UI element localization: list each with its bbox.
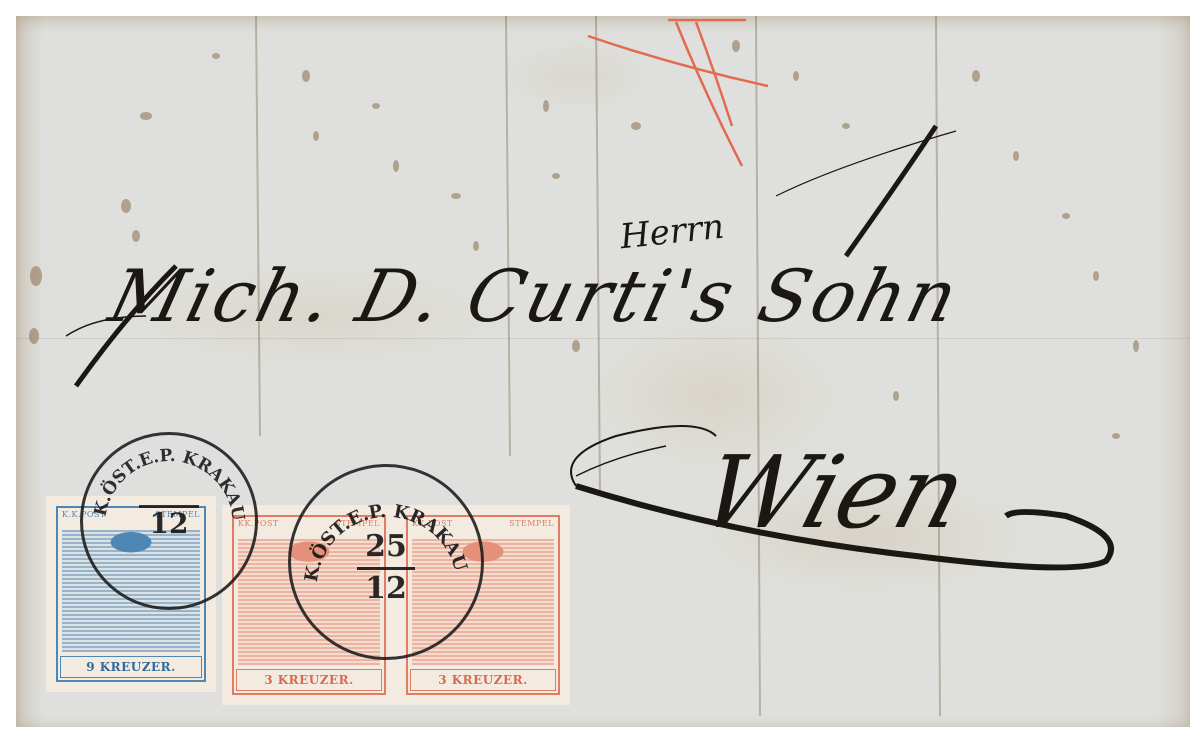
stamp-top-label-right: STEMPEL bbox=[509, 519, 554, 528]
postmark-month: 12 bbox=[291, 571, 481, 606]
postmark-krakau-2: K.ÖST.E.P. KRAKAU 25 12 bbox=[288, 464, 484, 660]
red-crayon-mark bbox=[588, 20, 768, 166]
addressee-name: Mich. D. Curti's Sohn bbox=[102, 254, 969, 338]
stamp-value: 9 KREUZER. bbox=[60, 656, 202, 678]
postmark-krakau-1: K.ÖST.E.P. KRAKAU 12 bbox=[80, 432, 258, 610]
stamp-value: 3 KREUZER. bbox=[236, 669, 382, 691]
address-city: Wien bbox=[689, 434, 979, 551]
postmark-day: 25 bbox=[291, 529, 481, 564]
postmark-month: 12 bbox=[83, 507, 255, 540]
stamp-value: 3 KREUZER. bbox=[410, 669, 556, 691]
